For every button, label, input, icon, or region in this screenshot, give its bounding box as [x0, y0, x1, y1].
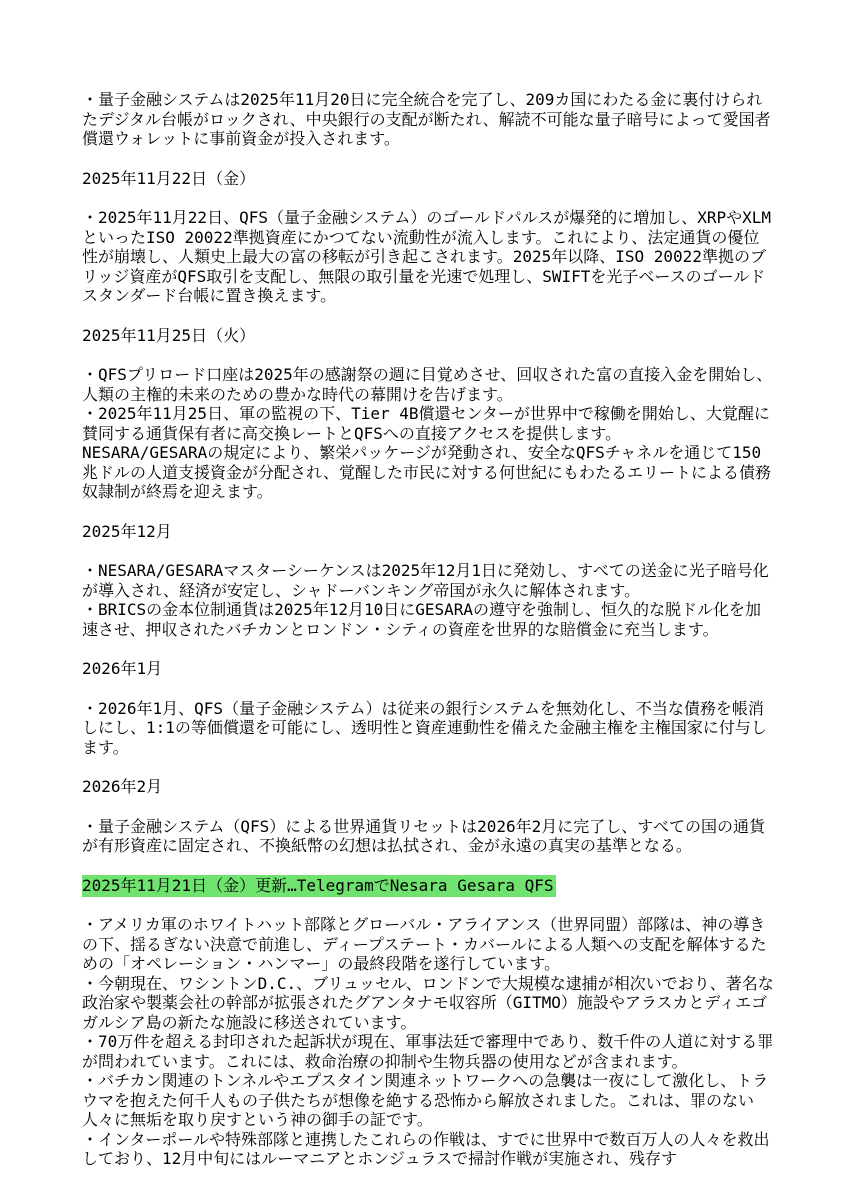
date-heading-dec2025: 2025年12月 [82, 522, 774, 542]
date-heading-feb2026: 2026年2月 [82, 777, 774, 797]
bullet-paragraph: ・量子金融システム（QFS）による世界通貨リセットは2026年2月に完了し、すべ… [82, 817, 774, 856]
qfs-jan2026-block: ・2026年1月、QFS（量子金融システム）は従来の銀行システムを無効化し、不当… [82, 699, 774, 758]
bullet-paragraph: ・QFSプリロード口座は2025年の感謝祭の週に目覚めさせ、回収された富の直接入… [82, 365, 774, 404]
preload-accounts-block: ・QFSプリロード口座は2025年の感謝祭の週に目覚めさせ、回収された富の直接入… [82, 365, 774, 502]
gold-pulse-block: ・2025年11月22日、QFS（量子金融システム）のゴールドパルスが爆発的に増… [82, 208, 774, 306]
operation-hammer-block: ・アメリカ軍のホワイトハット部隊とグローバル・アライアンス（世界同盟）部隊は、神… [82, 915, 774, 1169]
date-heading-nov22: 2025年11月22日（金） [82, 169, 774, 189]
document-page: { "page": { "background_color": "#ffffff… [0, 0, 848, 1200]
bullet-paragraph: ・アメリカ軍のホワイトハット部隊とグローバル・アライアンス（世界同盟）部隊は、神… [82, 915, 774, 974]
bullet-paragraph: ・70万件を超える封印された起訴状が現在、軍事法廷で審理中であり、数千件の人道に… [82, 1032, 774, 1071]
bullet-paragraph: ・インターポールや特殊部隊と連携したこれらの作戦は、すでに世界中で数百万人の人々… [82, 1130, 774, 1169]
green-highlight: 2025年11月21日（金）更新…TelegramでNesara Gesara … [82, 875, 556, 897]
date-heading-jan2026: 2026年1月 [82, 659, 774, 679]
highlighted-update-heading: 2025年11月21日（金）更新…TelegramでNesara Gesara … [82, 876, 774, 896]
bullet-paragraph: ・BRICSの金本位制通貨は2025年12月10日にGESARAの遵守を強制し、… [82, 600, 774, 639]
date-heading-nov25: 2025年11月25日（火） [82, 326, 774, 346]
bullet-paragraph: ・NESARA/GESARAマスターシーケンスは2025年12月1日に発効し、す… [82, 561, 774, 600]
nesara-master-sequence-block: ・NESARA/GESARAマスターシーケンスは2025年12月1日に発効し、す… [82, 561, 774, 639]
bullet-paragraph: ・今朝現在、ワシントンD.C.、ブリュッセル、ロンドンで大規模な逮捕が相次いでお… [82, 974, 774, 1033]
continuation-paragraph: NESARA/GESARAの規定により、繁栄パッケージが発動され、安全なQFSチ… [82, 443, 774, 502]
currency-reset-block: ・量子金融システム（QFS）による世界通貨リセットは2026年2月に完了し、すべ… [82, 817, 774, 856]
qfs-integration-block: ・量子金融システムは2025年11月20日に完全統合を完了し、209カ国にわたる… [82, 90, 774, 149]
bullet-paragraph: ・2026年1月、QFS（量子金融システム）は従来の銀行システムを無効化し、不当… [82, 699, 774, 758]
bullet-paragraph: ・量子金融システムは2025年11月20日に完全統合を完了し、209カ国にわたる… [82, 90, 774, 149]
bullet-paragraph: ・2025年11月22日、QFS（量子金融システム）のゴールドパルスが爆発的に増… [82, 208, 774, 306]
bullet-paragraph: ・バチカン関連のトンネルやエプスタイン関連ネットワークへの急襲は一夜にして激化し… [82, 1071, 774, 1130]
bullet-paragraph: ・2025年11月25日、軍の監視の下、Tier 4B償還センターが世界中で稼働… [82, 404, 774, 443]
document-body: ・量子金融システムは2025年11月20日に完全統合を完了し、209カ国にわたる… [82, 90, 774, 1189]
